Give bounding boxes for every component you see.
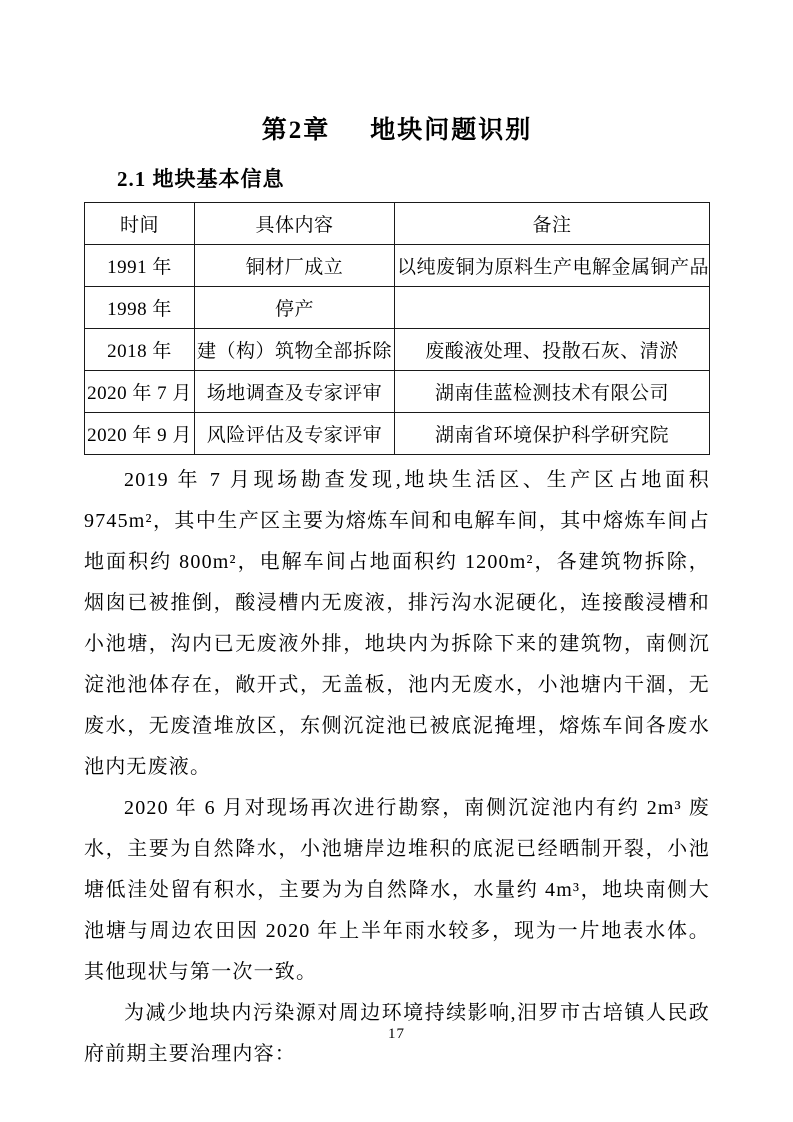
basic-info-table: 时间 具体内容 备注 1991 年 铜材厂成立 以纯废铜为原料生产电解金属铜产品… bbox=[84, 202, 710, 455]
table-cell-remark: 以纯废铜为原料生产电解金属铜产品 bbox=[395, 244, 710, 286]
page-content: 第2章地块问题识别 2.1 地块基本信息 时间 具体内容 备注 1991 年 铜… bbox=[84, 0, 710, 1075]
table-row: 1998 年 停产 bbox=[85, 286, 710, 328]
paragraph-site-survey-2020: 2020 年 6 月对现场再次进行勘察，南侧沉淀池内有约 2m³ 废水，主要为自… bbox=[84, 788, 710, 993]
document-page: 第2章地块问题识别 2.1 地块基本信息 时间 具体内容 备注 1991 年 铜… bbox=[0, 0, 793, 1122]
table-cell-content: 建（构）筑物全部拆除 bbox=[195, 328, 395, 370]
table-cell-remark: 湖南佳蓝检测技术有限公司 bbox=[395, 370, 710, 412]
table-cell-content: 场地调查及专家评审 bbox=[195, 370, 395, 412]
table-cell-time: 2020 年 9 月 bbox=[85, 412, 195, 454]
table-row: 2018 年 建（构）筑物全部拆除 废酸液处理、投散石灰、清淤 bbox=[85, 328, 710, 370]
table-cell-content: 停产 bbox=[195, 286, 395, 328]
table-cell-remark: 废酸液处理、投散石灰、清淤 bbox=[395, 328, 710, 370]
body-text: 2019 年 7 月现场勘查发现,地块生活区、生产区占地面积 9745m²，其中… bbox=[84, 460, 710, 1075]
table-cell-time: 2020 年 7 月 bbox=[85, 370, 195, 412]
table-row: 2020 年 9 月 风险评估及专家评审 湖南省环境保护科学研究院 bbox=[85, 412, 710, 454]
table-header-cell-content: 具体内容 bbox=[195, 202, 395, 244]
table-header-cell-remark: 备注 bbox=[395, 202, 710, 244]
chapter-label: 第2章 bbox=[262, 117, 331, 144]
paragraph-site-survey-2019: 2019 年 7 月现场勘查发现,地块生活区、生产区占地面积 9745m²，其中… bbox=[84, 460, 710, 788]
table-cell-content: 风险评估及专家评审 bbox=[195, 412, 395, 454]
section-heading: 2.1 地块基本信息 bbox=[117, 163, 710, 193]
table-header-row: 时间 具体内容 备注 bbox=[85, 202, 710, 244]
chapter-name: 地块问题识别 bbox=[370, 117, 532, 144]
table-cell-remark bbox=[395, 286, 710, 328]
table-cell-time: 1998 年 bbox=[85, 286, 195, 328]
page-number: 17 bbox=[0, 1026, 793, 1043]
table-row: 2020 年 7 月 场地调查及专家评审 湖南佳蓝检测技术有限公司 bbox=[85, 370, 710, 412]
table-cell-time: 1991 年 bbox=[85, 244, 195, 286]
chapter-title: 第2章地块问题识别 bbox=[84, 110, 710, 146]
table-cell-time: 2018 年 bbox=[85, 328, 195, 370]
table-header-cell-time: 时间 bbox=[85, 202, 195, 244]
table-row: 1991 年 铜材厂成立 以纯废铜为原料生产电解金属铜产品 bbox=[85, 244, 710, 286]
table-cell-remark: 湖南省环境保护科学研究院 bbox=[395, 412, 710, 454]
table-cell-content: 铜材厂成立 bbox=[195, 244, 395, 286]
